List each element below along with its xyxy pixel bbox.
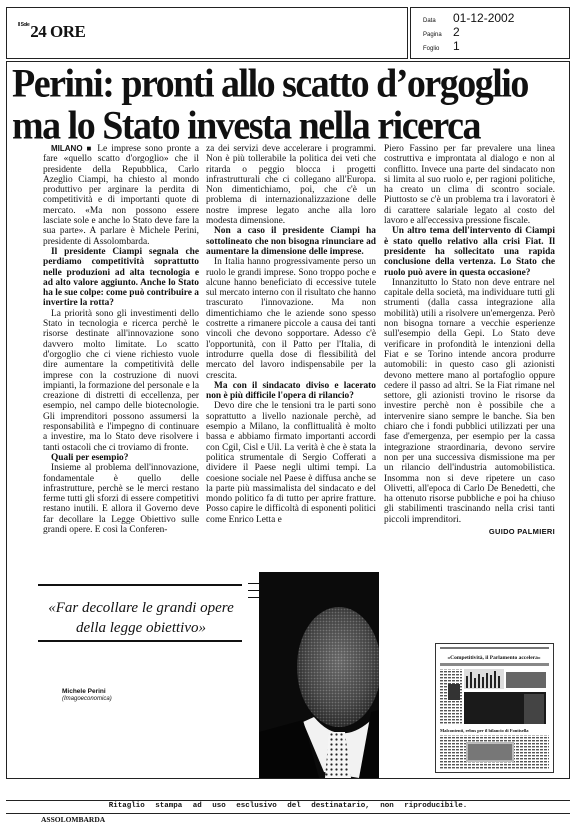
interview-question: Il presidente Ciampi segnala che perdiam…	[43, 247, 199, 309]
page-preview-icon: «Competitività, il Parlamento accelera» …	[436, 644, 553, 772]
pullquote-rule-bottom	[38, 640, 242, 642]
byline: GUIDO PALMIERI	[384, 527, 555, 537]
newspaper-page-thumbnail: «Competitività, il Parlamento accelera» …	[435, 643, 554, 773]
interview-question: Non a caso il presidente Ciampi ha sotto…	[206, 226, 376, 257]
svg-text:«Competitività, il Parlamento: «Competitività, il Parlamento accelera»	[447, 655, 540, 661]
photo-caption-name: Michele Perini	[62, 688, 106, 695]
pullquote: «Far decollare le grandi opere della leg…	[36, 598, 246, 638]
pullquote-line-2: della legge obiettivo»	[36, 618, 246, 638]
pullquote-rule-top	[38, 584, 242, 586]
dateline: MILANO ■	[51, 144, 93, 153]
article-column-3: Piero Fassino per far prevalere una line…	[384, 144, 555, 537]
logo-small-text: Il Sole	[18, 22, 29, 28]
interview-question: Ma con il sindacato diviso e lacerato no…	[206, 381, 376, 402]
headline-line-1: Perini: pronti allo scatto d’orgoglio	[12, 63, 562, 105]
interview-question: Un altro tema dell'intervento di Ciampi …	[384, 226, 555, 277]
meta-row-sheet: Foglio 1	[423, 39, 569, 53]
meta-box: Data 01-12-2002 Pagina 2 Foglio 1	[410, 7, 570, 59]
paragraph: Devo dire che le tensioni tra le parti s…	[206, 401, 376, 525]
meta-label: Data	[423, 18, 453, 24]
meta-value: 2	[453, 25, 460, 39]
source-label: ASSOLOMBARDA	[41, 815, 105, 824]
interview-question: Quali per esempio?	[43, 453, 199, 463]
paragraph: La priorità sono gli investimenti dello …	[43, 309, 199, 453]
article-column-2: za dei servizi deve accelerare i program…	[206, 144, 376, 525]
paragraph: Piero Fassino per far prevalere una line…	[384, 144, 555, 226]
paragraph: In Italia hanno progressivamente perso u…	[206, 257, 376, 381]
meta-value: 1	[453, 39, 460, 53]
article-column-1: MILANO ■ Le imprese sono pronte a fare «…	[43, 144, 199, 535]
portrait-image-icon	[259, 572, 379, 778]
paragraph: Insieme al problema dell'innovazione, fo…	[43, 463, 199, 535]
portrait-photo	[259, 572, 379, 778]
pullquote-line-1: «Far decollare le grandi opere	[36, 598, 246, 618]
headline-line-2: ma lo Stato investa nella ricerca	[12, 105, 562, 147]
logo-main-text: 24 ORE	[30, 22, 85, 41]
photo-caption-credit: (Imagoeconomica)	[62, 696, 112, 702]
meta-value: 01-12-2002	[453, 11, 514, 25]
meta-label: Pagina	[423, 32, 453, 38]
newspaper-logo: Il Sole24 ORE	[18, 22, 85, 42]
paragraph: za dei servizi deve accelerare i program…	[206, 144, 376, 226]
meta-row-page: Pagina 2	[423, 25, 569, 39]
article-headline: Perini: pronti allo scatto d’orgoglio ma…	[12, 63, 562, 147]
meta-row-date: Data 01-12-2002	[423, 11, 569, 25]
svg-text:Malcontenti, rebus per il bila: Malcontenti, rebus per il bilancio di Fo…	[440, 728, 529, 733]
paragraph-text: Le imprese sono pronte a fare «quello sc…	[43, 144, 199, 247]
paragraph: Innanzitutto lo Stato non deve entrare n…	[384, 278, 555, 525]
reproduction-notice: Ritaglio stampa ad uso esclusivo del des…	[6, 800, 570, 814]
meta-label: Foglio	[423, 46, 453, 52]
paragraph: MILANO ■ Le imprese sono pronte a fare «…	[43, 144, 199, 247]
